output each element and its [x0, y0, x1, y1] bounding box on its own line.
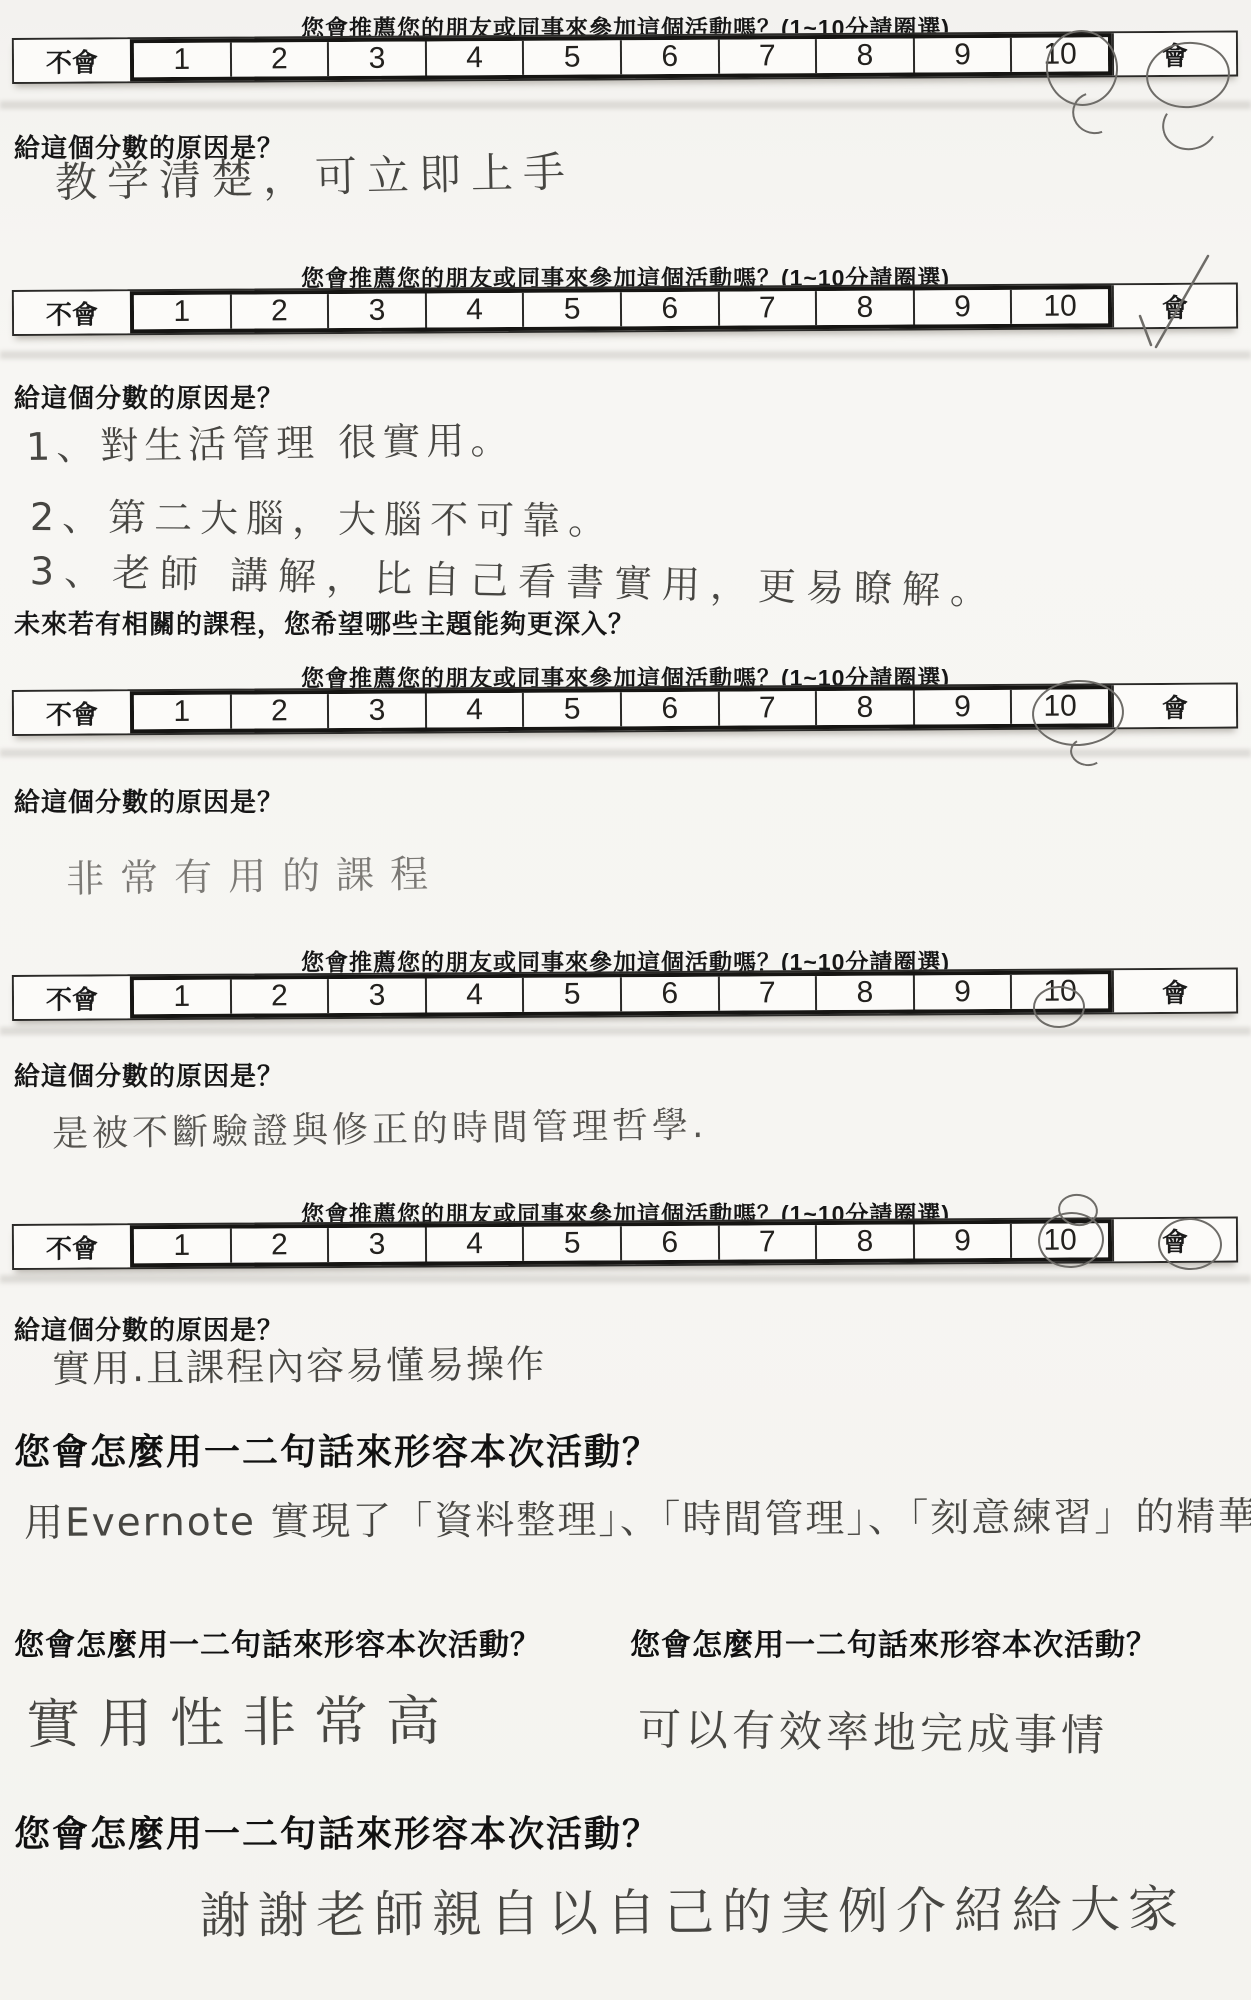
rating-table-1: 不會 1 2 3 4 5 6 7 8 9 10 會 — [12, 31, 1238, 84]
handwritten-reason-3: 非常有用的課程 — [66, 843, 445, 903]
scanned-survey-page: 您會推薦您的朋友或同事來參加這個活動嗎？(1~10分請圈選) 不會 1 2 3 … — [0, 0, 1251, 2000]
scale-cell-8: 8 — [815, 975, 913, 1010]
scale-cell-2: 2 — [229, 42, 327, 77]
scale-cell-5: 5 — [522, 692, 620, 727]
scale-cell-6: 6 — [620, 40, 718, 75]
handwritten-describe-left: 實用性非常高 — [26, 1678, 459, 1759]
scale-cell-3: 3 — [327, 693, 425, 728]
scale-cell-10: 10 — [1010, 1223, 1108, 1258]
scale-no-cell: 不會 — [14, 976, 130, 1019]
scale-cell-8: 8 — [815, 1224, 913, 1259]
future-topics-question: 未來若有相關的課程，您希望哪些主題能夠更深入？ — [14, 604, 635, 641]
handwritten-reason-2-line-2: 2、第二大腦，大腦不可靠。 — [30, 486, 615, 545]
scale-cell-5: 5 — [522, 292, 620, 327]
scale-no-cell: 不會 — [14, 691, 130, 734]
scale-cell-5: 5 — [522, 1226, 620, 1261]
scale-cell-1: 1 — [134, 43, 230, 78]
scale-cell-3: 3 — [327, 293, 425, 328]
scale-no-cell: 不會 — [14, 39, 130, 82]
scale-cell-4: 4 — [425, 978, 523, 1013]
scale-cell-10: 10 — [1010, 37, 1108, 72]
scale-cell-7: 7 — [717, 291, 815, 326]
scan-artifact-band — [0, 1275, 1251, 1283]
handwritten-describe-bottom: 謝謝老師親自以自己的実例介紹給大家 — [200, 1869, 1186, 1948]
scale-values-group: 1 2 3 4 5 6 7 8 9 10 — [130, 33, 1112, 81]
scan-artifact-band — [0, 1027, 1251, 1035]
scan-artifact-band — [0, 351, 1251, 359]
scale-cell-4: 4 — [425, 293, 523, 328]
handwritten-reason-5: 實用.且課程內容易懂易操作 — [52, 1333, 547, 1393]
scale-cell-9: 9 — [913, 38, 1011, 73]
describe-question-left: 您會怎麼用一二句話來形容本次活動？ — [14, 1620, 541, 1664]
scale-cell-9: 9 — [913, 975, 1011, 1010]
rating-table-3: 不會 1 2 3 4 5 6 7 8 9 10 會 — [12, 683, 1238, 736]
scale-cell-10: 10 — [1010, 974, 1108, 1009]
scale-cell-3: 3 — [327, 978, 425, 1013]
scale-cell-1: 1 — [134, 295, 230, 330]
scale-cell-6: 6 — [620, 292, 718, 327]
scale-cell-8: 8 — [815, 290, 913, 325]
scale-values-group: 1 2 3 4 5 6 7 8 9 10 — [130, 1219, 1112, 1267]
rating-table-2: 不會 1 2 3 4 5 6 7 8 9 10 會 — [12, 283, 1238, 336]
scale-cell-9: 9 — [913, 1224, 1011, 1259]
scale-cell-3: 3 — [327, 41, 425, 76]
scale-cell-1: 1 — [134, 1229, 230, 1264]
handwritten-reason-1: 教学清楚，可立即上手 — [54, 139, 575, 210]
scale-yes-cell: 會 — [1112, 33, 1236, 76]
scale-cell-4: 4 — [425, 693, 523, 728]
scale-cell-6: 6 — [620, 977, 718, 1012]
scale-yes-cell: 會 — [1112, 285, 1236, 328]
scale-cell-4: 4 — [425, 1227, 523, 1262]
scale-values-group: 1 2 3 4 5 6 7 8 9 10 — [130, 970, 1112, 1018]
handwritten-describe-right: 可以有效率地完成事情 — [638, 1696, 1109, 1764]
scale-cell-9: 9 — [913, 290, 1011, 325]
reason-question-3: 給這個分數的原因是？ — [14, 782, 284, 819]
scale-cell-1: 1 — [134, 980, 230, 1015]
scale-yes-cell: 會 — [1112, 685, 1236, 728]
scale-values-group: 1 2 3 4 5 6 7 8 9 10 — [130, 685, 1112, 733]
describe-question-1: 您會怎麼用一二句話來形容本次活動？ — [14, 1424, 660, 1475]
scale-no-cell: 不會 — [14, 291, 130, 334]
scale-cell-8: 8 — [815, 38, 913, 73]
handwritten-reason-2-line-1: 1、對生活管理 很實用。 — [26, 409, 515, 471]
scan-artifact-band — [0, 749, 1251, 757]
scale-cell-7: 7 — [717, 691, 815, 726]
reason-question-4: 給這個分數的原因是？ — [14, 1056, 284, 1093]
scale-cell-7: 7 — [717, 976, 815, 1011]
scale-cell-3: 3 — [327, 1227, 425, 1262]
scale-cell-5: 5 — [522, 40, 620, 75]
circle-annotation-10-tail — [1065, 85, 1122, 141]
rating-table-5: 不會 1 2 3 4 5 6 7 8 9 10 會 — [12, 1217, 1238, 1270]
scale-cell-7: 7 — [717, 39, 815, 74]
scale-cell-2: 2 — [229, 294, 327, 329]
scale-cell-2: 2 — [229, 979, 327, 1014]
scale-cell-10: 10 — [1010, 689, 1108, 724]
scale-cell-8: 8 — [815, 690, 913, 725]
scale-cell-10: 10 — [1010, 289, 1108, 324]
describe-question-bottom: 您會怎麼用一二句話來形容本次活動？ — [14, 1806, 660, 1857]
scan-artifact-band — [0, 101, 1251, 109]
scale-no-cell: 不會 — [14, 1225, 130, 1268]
scale-cell-2: 2 — [229, 694, 327, 729]
scale-cell-2: 2 — [229, 1228, 327, 1263]
scale-yes-cell: 會 — [1112, 970, 1236, 1013]
scale-values-group: 1 2 3 4 5 6 7 8 9 10 — [130, 285, 1112, 333]
scale-cell-9: 9 — [913, 690, 1011, 725]
scale-cell-1: 1 — [134, 695, 230, 730]
scale-cell-6: 6 — [620, 692, 718, 727]
handwritten-describe-full: 用Evernote 實現了「資料整理」、「時間管理」、「刻意練習」的精華 — [24, 1486, 1251, 1548]
handwritten-reason-4: 是被不斷驗證與修正的時間管理哲學. — [52, 1097, 708, 1157]
scale-cell-6: 6 — [620, 1226, 718, 1261]
scale-cell-4: 4 — [425, 41, 523, 76]
describe-question-right: 您會怎麼用一二句話來形容本次活動？ — [630, 1620, 1157, 1664]
scale-cell-7: 7 — [717, 1225, 815, 1260]
reason-question-2: 給這個分數的原因是？ — [14, 378, 284, 415]
rating-table-4: 不會 1 2 3 4 5 6 7 8 9 10 會 — [12, 968, 1238, 1021]
scale-cell-5: 5 — [522, 977, 620, 1012]
scale-yes-cell: 會 — [1112, 1219, 1236, 1262]
